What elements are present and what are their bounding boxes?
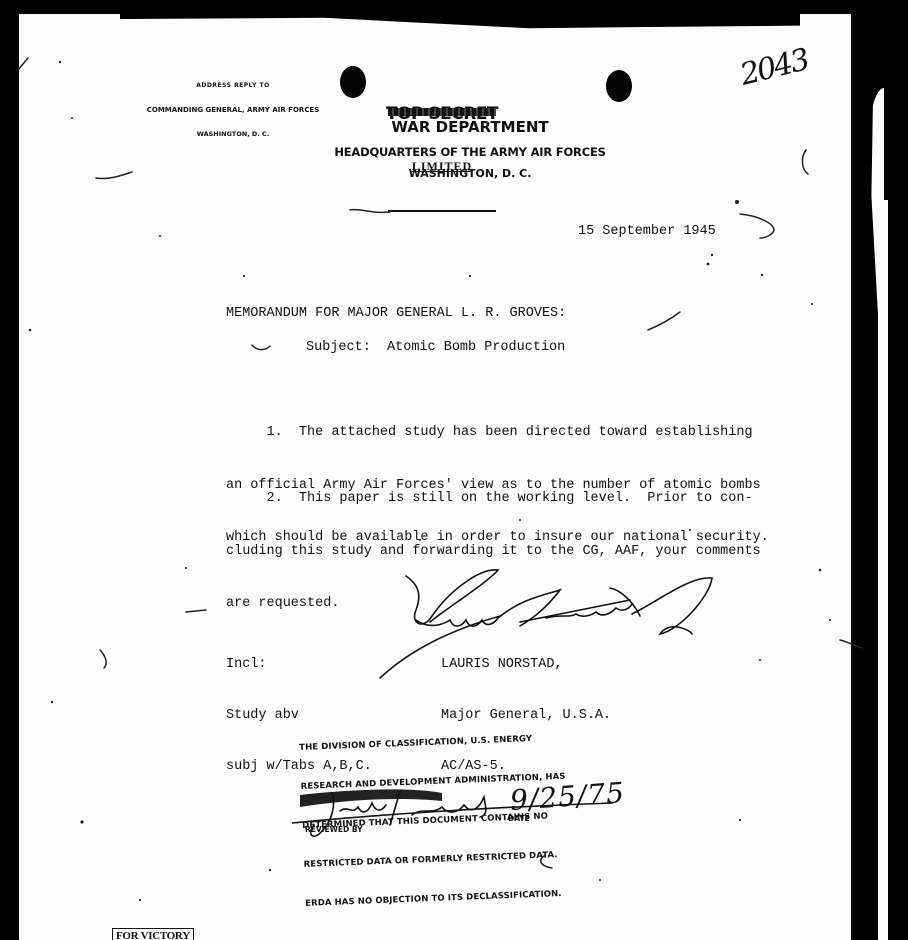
paragraph-line: cluding this study and forwarding it to … [226,543,761,561]
signatory-name: LAURIS NORSTAD, [441,656,611,673]
declass-line: ERDA HAS NO OBJECTION TO ITS DECLASSIFIC… [305,888,570,911]
paragraph-line: 2. This paper is still on the working le… [226,490,761,508]
memo-addressee: MEMORANDUM FOR MAJOR GENERAL L. R. GROVE… [226,306,566,321]
enclosure-label: Incl: [226,656,372,673]
memo-date: 15 September 1945 [578,224,716,239]
declass-line: THE DIVISION OF CLASSIFICATION, U.S. ENE… [299,732,564,755]
letterhead-location: WASHINGTON, D. C. [300,167,640,180]
reply-line-2: COMMANDING GENERAL, ARMY AIR FORCES [133,106,333,114]
letterhead-headquarters: HEADQUARTERS OF THE ARMY AIR FORCES [300,145,640,159]
scan-edge-right-strip [878,200,888,940]
paragraph-line: 1. The attached study has been directed … [226,424,769,442]
stamp-underline [388,210,496,212]
reply-line-1: ADDRESS REPLY TO [133,82,333,90]
paper-tab [808,14,848,50]
reviewed-by-label: REVIEWED BY [305,825,363,834]
scan-edge-corner [800,0,908,14]
letterhead-department: WAR DEPARTMENT [300,118,640,136]
for-victory-stamp: FOR VICTORY [112,928,194,940]
punch-hole-icon [606,70,632,102]
review-date-label: DATE [508,814,530,823]
memo-subject: Subject: Atomic Bomb Production [306,340,565,355]
punch-hole-icon [340,66,366,98]
